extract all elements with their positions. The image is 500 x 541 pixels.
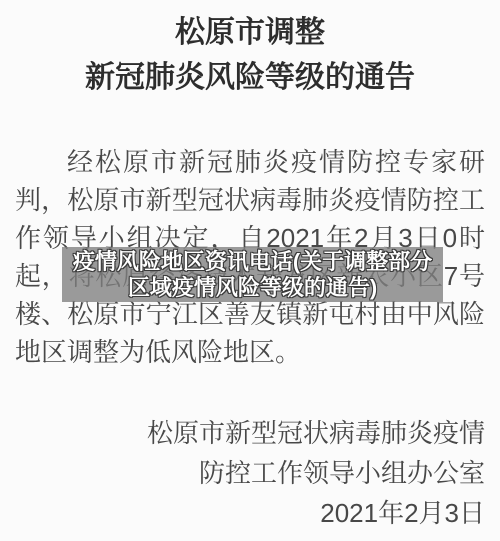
body-line: 地区调整为低风险地区。 [15, 333, 485, 371]
caption-overlay: 疫情风险地区资讯电话(关于调整部分 区域疫情风险等级的通告) [62, 247, 443, 302]
notice-title-line2: 新冠肺炎风险等级的通告 [0, 55, 500, 100]
caption-line2: 区域疫情风险等级的通告) [62, 275, 443, 301]
notice-title: 松原市调整 新冠肺炎风险等级的通告 [0, 10, 500, 100]
signature-date: 2021年2月3日 [147, 493, 485, 533]
body-line: 判，松原市新型冠状病毒肺炎疫情防控工 [15, 181, 485, 219]
caption-line1: 疫情风险地区资讯电话(关于调整部分 [62, 249, 443, 275]
body-line: 经松原市新冠肺炎疫情防控专家研 [15, 143, 485, 181]
signature-org-line1: 松原市新型冠状病毒肺炎疫情 [147, 413, 485, 453]
notice-title-line1: 松原市调整 [0, 10, 500, 55]
signature: 松原市新型冠状病毒肺炎疫情 防控工作领导小组办公室 2021年2月3日 [147, 413, 485, 533]
notice-page: 松原市调整 新冠肺炎风险等级的通告 经松原市新冠肺炎疫情防控专家研 判，松原市新… [0, 0, 500, 541]
signature-org-line2: 防控工作领导小组办公室 [147, 453, 485, 493]
